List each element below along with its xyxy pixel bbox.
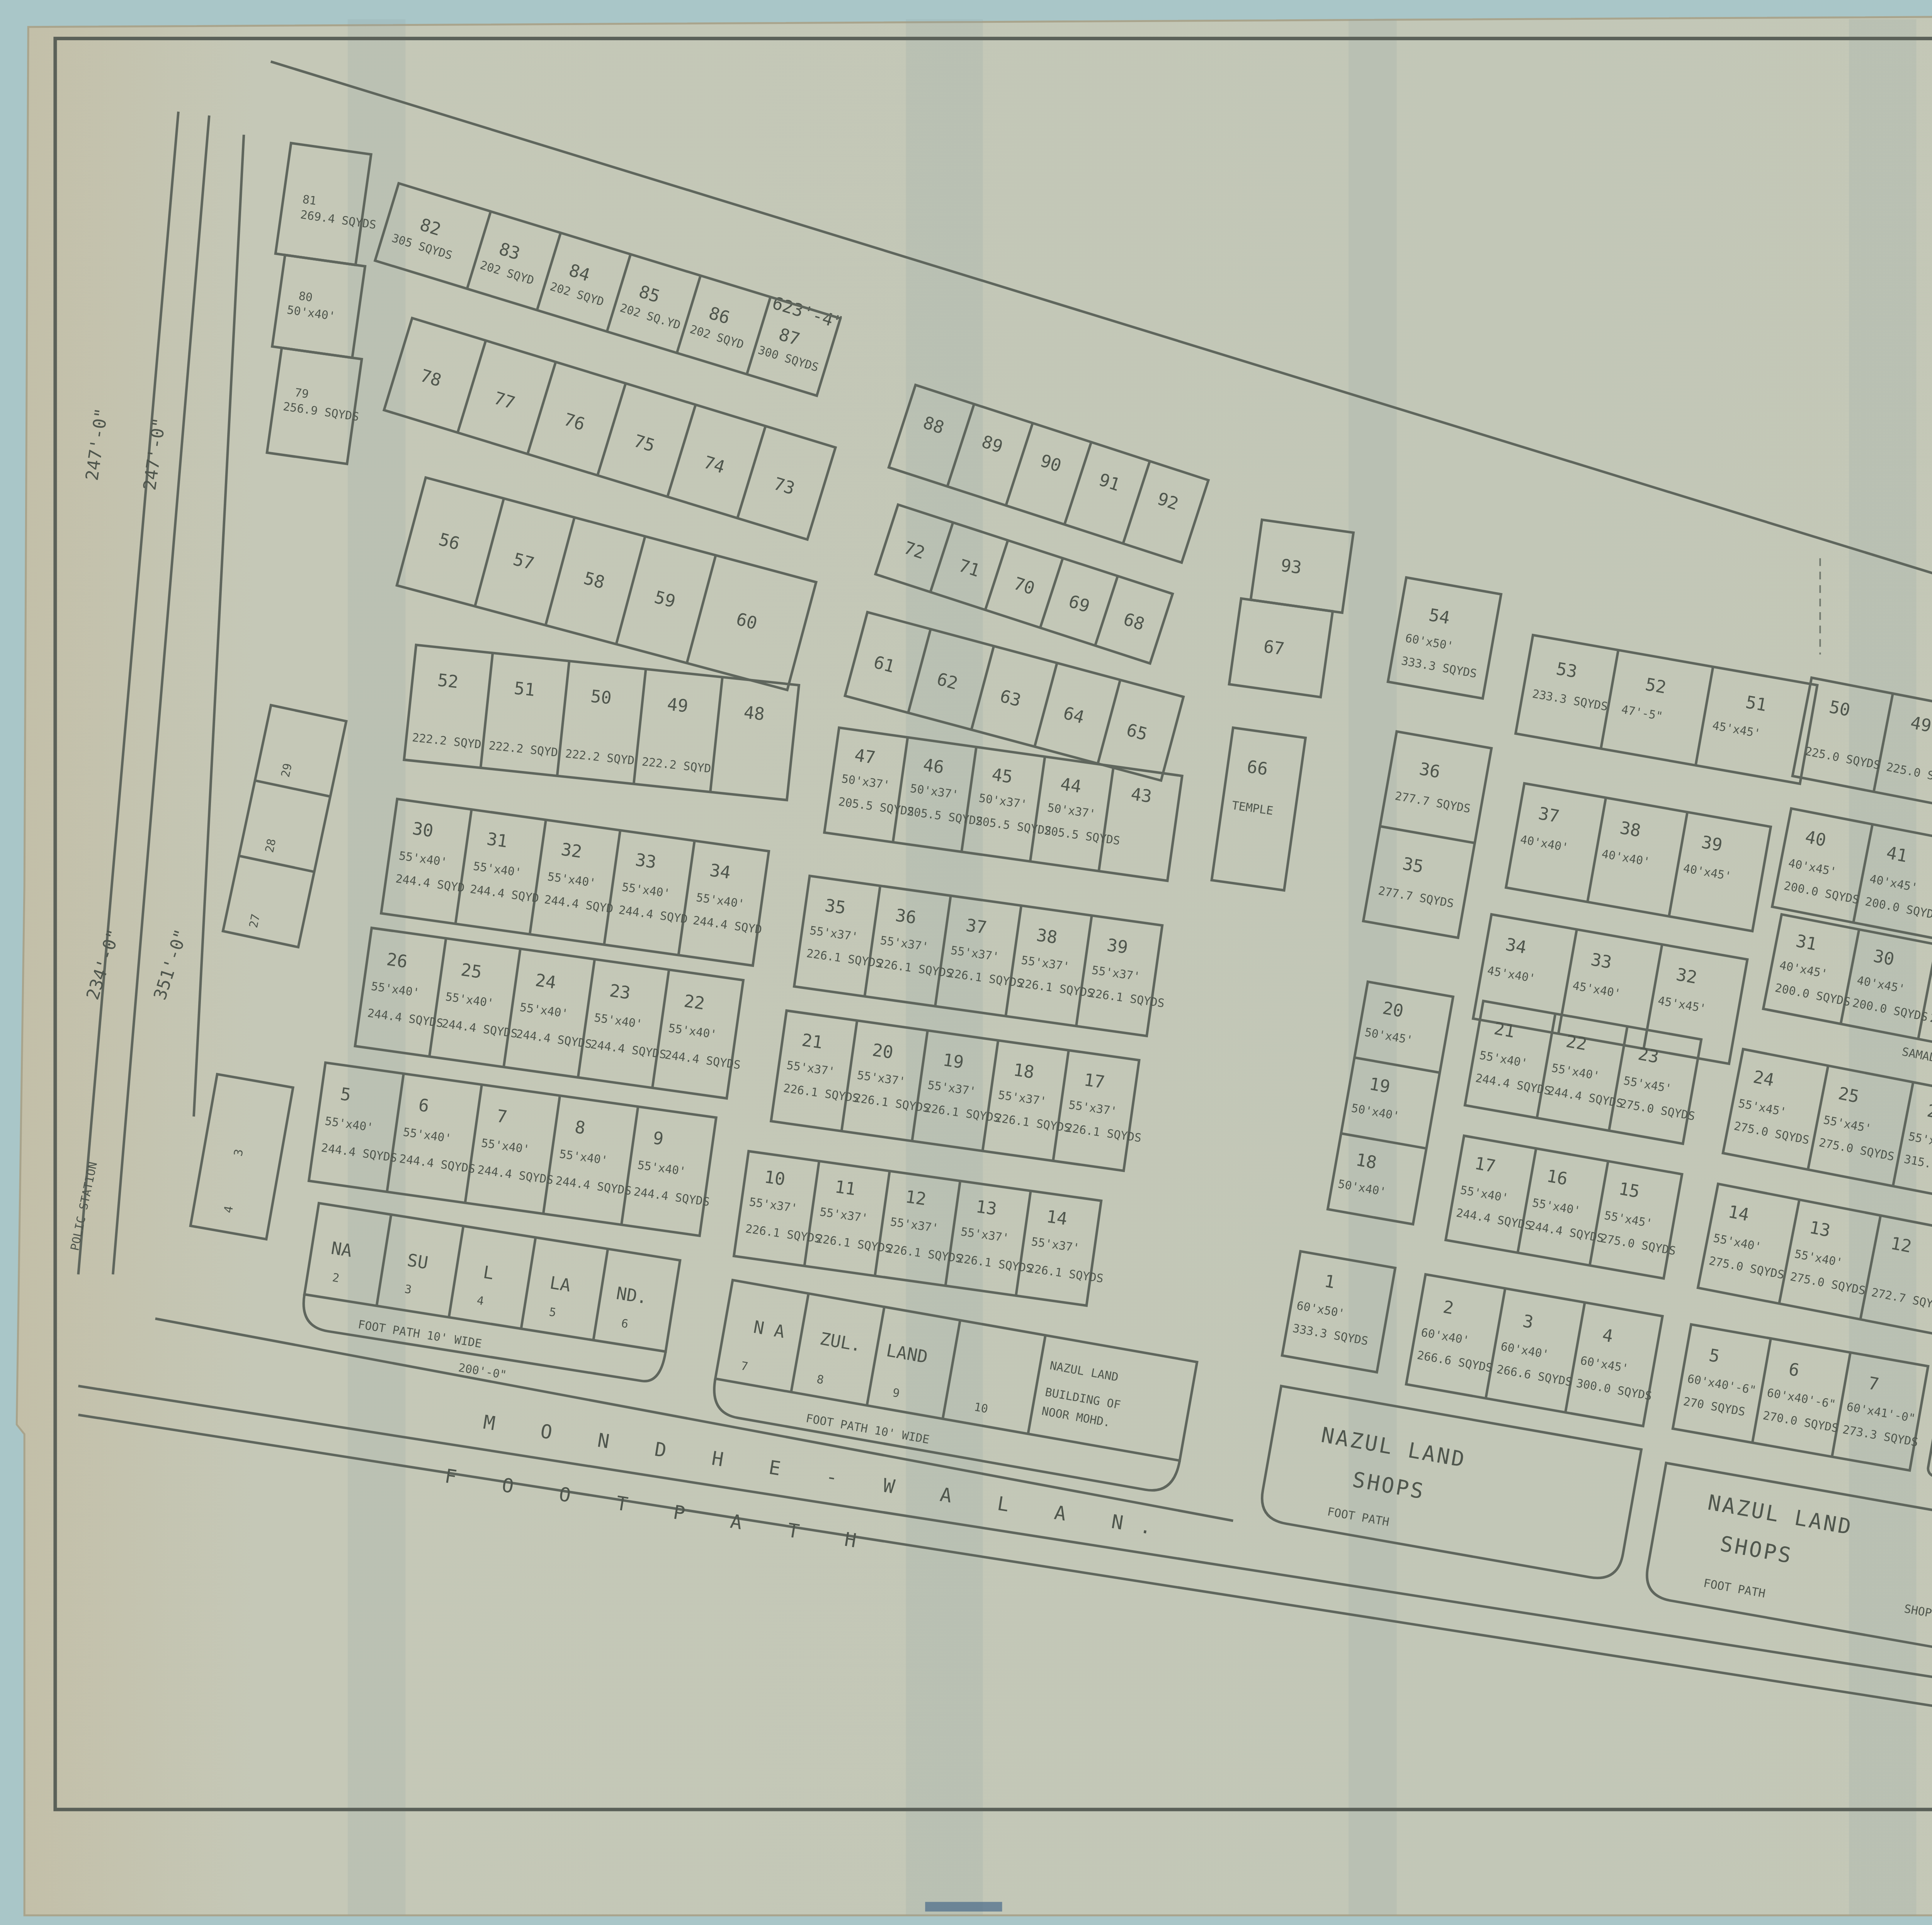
svg-text:10: 10 bbox=[973, 1400, 989, 1416]
svg-text:25: 25 bbox=[460, 959, 483, 982]
svg-text:79: 79 bbox=[294, 386, 310, 402]
svg-text:39: 39 bbox=[1700, 832, 1724, 856]
svg-text:38: 38 bbox=[1035, 924, 1059, 948]
svg-text:30: 30 bbox=[1872, 946, 1896, 970]
svg-text:37: 37 bbox=[1537, 803, 1561, 827]
svg-text:51: 51 bbox=[513, 678, 536, 700]
svg-text:46: 46 bbox=[922, 754, 946, 778]
svg-text:13: 13 bbox=[1808, 1217, 1832, 1241]
svg-text:23: 23 bbox=[608, 980, 632, 1003]
svg-text:50: 50 bbox=[590, 686, 612, 708]
svg-text:43: 43 bbox=[1129, 784, 1153, 807]
svg-text:34: 34 bbox=[708, 860, 732, 883]
svg-text:23: 23 bbox=[1636, 1043, 1660, 1067]
svg-text:18: 18 bbox=[1012, 1059, 1036, 1082]
svg-text:19: 19 bbox=[942, 1050, 965, 1073]
svg-text:66: 66 bbox=[1246, 756, 1269, 780]
svg-text:54: 54 bbox=[1427, 604, 1451, 628]
svg-text:52: 52 bbox=[437, 670, 459, 692]
svg-text:31: 31 bbox=[485, 829, 509, 852]
svg-text:51: 51 bbox=[1744, 692, 1768, 716]
svg-text:34: 34 bbox=[1504, 934, 1528, 958]
svg-text:49: 49 bbox=[666, 694, 689, 716]
svg-text:32: 32 bbox=[560, 839, 583, 862]
svg-text:81: 81 bbox=[302, 192, 318, 208]
svg-text:33: 33 bbox=[634, 849, 658, 873]
svg-text:33: 33 bbox=[1589, 949, 1613, 973]
svg-text:53: 53 bbox=[1554, 658, 1578, 682]
svg-text:21: 21 bbox=[801, 1030, 824, 1053]
svg-text:67: 67 bbox=[1262, 636, 1286, 659]
svg-text:36: 36 bbox=[1418, 758, 1442, 782]
svg-text:20: 20 bbox=[1381, 997, 1405, 1021]
svg-text:40: 40 bbox=[1803, 827, 1828, 851]
svg-text:SU: SU bbox=[406, 1250, 430, 1273]
svg-text:NA: NA bbox=[330, 1237, 354, 1261]
svg-text:11: 11 bbox=[833, 1176, 857, 1200]
svg-text:LA: LA bbox=[548, 1272, 572, 1296]
svg-text:37: 37 bbox=[964, 915, 988, 938]
svg-text:48: 48 bbox=[743, 702, 765, 724]
svg-text:12: 12 bbox=[904, 1186, 928, 1209]
svg-text:20: 20 bbox=[871, 1040, 895, 1063]
svg-text:19: 19 bbox=[1367, 1073, 1391, 1097]
svg-text:49: 49 bbox=[1909, 712, 1932, 736]
svg-text:41: 41 bbox=[1885, 842, 1909, 866]
svg-text:14: 14 bbox=[1726, 1201, 1751, 1225]
svg-text:44: 44 bbox=[1059, 774, 1083, 797]
svg-text:80: 80 bbox=[298, 289, 314, 305]
svg-text:10: 10 bbox=[763, 1166, 787, 1190]
layout-plan-sheet: 623'-4" 247'-0" 247'-0" 234'-0" 351'-0" … bbox=[0, 0, 1932, 1925]
svg-text:38: 38 bbox=[1618, 817, 1642, 841]
drawing-canvas: 623'-4" 247'-0" 247'-0" 234'-0" 351'-0" … bbox=[0, 0, 1932, 1925]
svg-text:31: 31 bbox=[1794, 931, 1818, 955]
svg-text:17: 17 bbox=[1473, 1153, 1497, 1177]
svg-text:35: 35 bbox=[1401, 853, 1425, 877]
svg-text:28: 28 bbox=[263, 837, 279, 854]
svg-text:14: 14 bbox=[1045, 1206, 1069, 1229]
svg-text:36: 36 bbox=[894, 905, 918, 928]
svg-text:21: 21 bbox=[1492, 1018, 1516, 1042]
svg-text:35: 35 bbox=[823, 895, 847, 918]
svg-text:13: 13 bbox=[975, 1196, 998, 1219]
svg-text:22: 22 bbox=[683, 991, 706, 1014]
svg-text:45: 45 bbox=[990, 764, 1014, 787]
svg-text:27: 27 bbox=[247, 913, 263, 929]
svg-text:18: 18 bbox=[1354, 1149, 1378, 1173]
svg-text:25: 25 bbox=[1837, 1083, 1861, 1107]
blue-stamp-mark bbox=[925, 1902, 1002, 1911]
svg-text:24: 24 bbox=[534, 970, 558, 993]
svg-text:47: 47 bbox=[853, 745, 877, 768]
svg-text:24: 24 bbox=[1752, 1066, 1776, 1090]
svg-text:26: 26 bbox=[385, 949, 409, 972]
svg-text:15: 15 bbox=[1617, 1178, 1641, 1202]
svg-text:17: 17 bbox=[1083, 1069, 1106, 1093]
svg-text:12: 12 bbox=[1889, 1233, 1913, 1257]
svg-text:52: 52 bbox=[1644, 674, 1668, 698]
svg-text:29: 29 bbox=[279, 762, 295, 778]
svg-text:30: 30 bbox=[411, 818, 435, 841]
svg-text:39: 39 bbox=[1105, 934, 1129, 958]
svg-text:93: 93 bbox=[1279, 555, 1303, 578]
svg-text:32: 32 bbox=[1675, 964, 1699, 988]
svg-text:22: 22 bbox=[1565, 1031, 1588, 1055]
svg-text:16: 16 bbox=[1545, 1166, 1569, 1190]
svg-text:50: 50 bbox=[1828, 696, 1852, 720]
